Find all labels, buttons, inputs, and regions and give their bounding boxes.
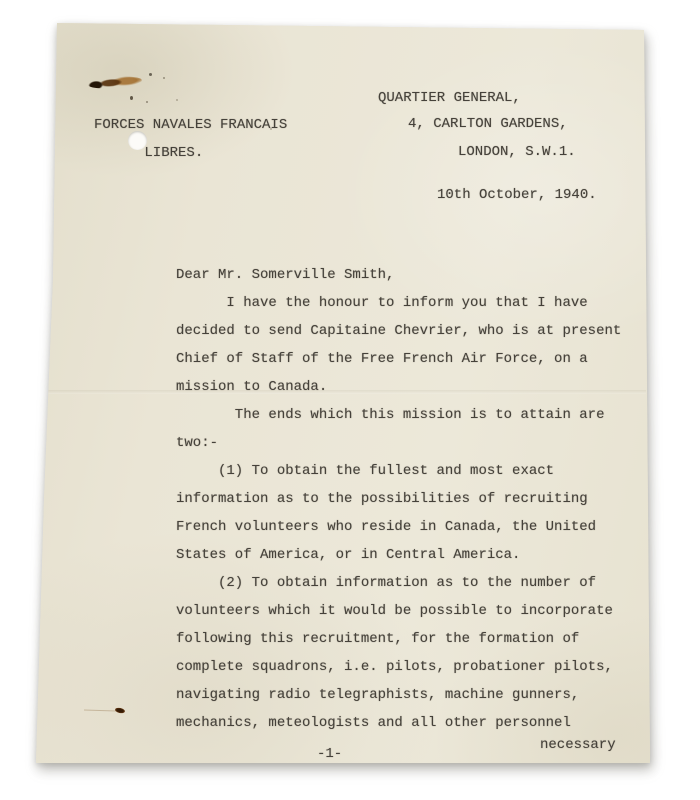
- hq-title: QUARTIER GENERAL,: [378, 84, 521, 112]
- letter-paper-wrap: FORCES NAVALES FRANCAIS LIBRES. QUARTIER…: [0, 0, 700, 800]
- ink-speck: [163, 77, 165, 79]
- ink-speck: [146, 101, 148, 103]
- letter-page: FORCES NAVALES FRANCAIS LIBRES. QUARTIER…: [0, 0, 700, 800]
- hq-city: LONDON, S.W.1.: [458, 138, 576, 166]
- letter-body: Dear Mr. Somerville Smith, I have the ho…: [176, 261, 621, 737]
- stain-speck: [115, 707, 126, 714]
- hq-address: 4, CARLTON GARDENS,: [408, 110, 568, 138]
- ink-speck: [176, 99, 178, 101]
- page-number: -1-: [317, 740, 342, 768]
- ink-speck: [149, 73, 152, 76]
- stain-tail: [84, 709, 116, 711]
- stain-smear: [88, 75, 143, 91]
- sender-letterhead: FORCES NAVALES FRANCAIS LIBRES.: [94, 111, 287, 167]
- letter-date: 10th October, 1940.: [437, 181, 597, 209]
- punch-hole: [128, 131, 147, 150]
- page-catchword: necessary: [540, 731, 616, 759]
- scan-background: FORCES NAVALES FRANCAIS LIBRES. QUARTIER…: [0, 0, 700, 800]
- ink-speck: [130, 96, 133, 100]
